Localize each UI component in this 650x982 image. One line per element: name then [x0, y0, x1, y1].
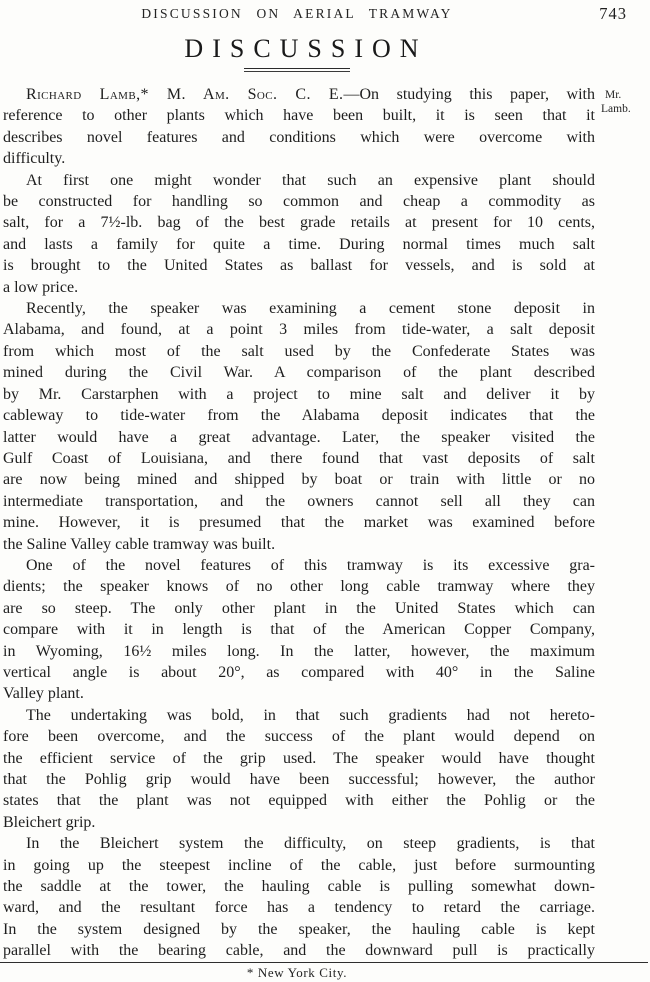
text-line: One of the novel features of this tramwa…	[3, 555, 595, 576]
text-line: describes novel features and conditions …	[3, 127, 595, 148]
paragraph: At first one might wonder that such an e…	[3, 170, 595, 298]
running-header: DISCUSSION ON AERIAL TRAMWAY	[0, 6, 594, 22]
text-line: fore been overcome, and the success of t…	[3, 726, 595, 747]
page-number: 743	[599, 4, 627, 24]
text-line: In the system designed by the speaker, t…	[3, 919, 595, 940]
text-line: reference to other plants which have bee…	[3, 105, 595, 126]
text-line: difficulty.	[3, 148, 595, 169]
text-line: salt, for a 7½-lb. bag of the best grade…	[3, 212, 595, 233]
text-line: and lasts a family for quite a time. Dur…	[3, 234, 595, 255]
text-line: dients; the speaker knows of no other lo…	[3, 576, 595, 597]
paragraph: One of the novel features of this tramwa…	[3, 555, 595, 705]
margin-note-line: Mr.	[601, 89, 649, 103]
text-line: At first one might wonder that such an e…	[3, 170, 595, 191]
text-line: vertical angle is about 20°, as compared…	[3, 662, 595, 683]
text-line: states that the plant was not equipped w…	[3, 790, 595, 811]
text-line: Gulf Coast of Louisiana, and there found…	[3, 448, 595, 469]
text-line: the Saline Valley cable tramway was buil…	[3, 534, 595, 555]
text-line: The undertaking was bold, in that such g…	[3, 705, 595, 726]
text-line: Recently, the speaker was examining a ce…	[3, 298, 595, 319]
text-line: in going up the steepest incline of the …	[3, 855, 595, 876]
text-line: that the Pohlig grip would have been suc…	[3, 769, 595, 790]
margin-note-line: Lamb.	[601, 103, 649, 117]
section-heading: DISCUSSION	[0, 34, 603, 64]
text-line: are now being mined and shipped by boat …	[3, 469, 595, 490]
text-line: Bleichert grip.	[3, 812, 595, 833]
text-line: parallel with the bearing cable, and the…	[3, 940, 595, 961]
book-page: DISCUSSION ON AERIAL TRAMWAY 743 DISCUSS…	[0, 0, 650, 982]
footnote: * New York City.	[0, 965, 594, 981]
text-line: are so steep. The only other plant in th…	[3, 598, 595, 619]
text-line: ward, and the resultant force has a tend…	[3, 897, 595, 918]
text-line: be constructed for handling so common an…	[3, 191, 595, 212]
paragraph: Recently, the speaker was examining a ce…	[3, 298, 595, 555]
footnote-rule	[0, 962, 648, 963]
text-line: the saddle at the tower, the hauling cab…	[3, 876, 595, 897]
text-line: mined during the Civil War. A comparison…	[3, 362, 595, 383]
text-line: Richard Lamb,* M. Am. Soc. C. E.—On stud…	[3, 84, 595, 105]
text-line: Valley plant.	[3, 683, 595, 704]
text-line: in Wyoming, 16½ miles long. In the latte…	[3, 641, 595, 662]
body-text: Richard Lamb,* M. Am. Soc. C. E.—On stud…	[3, 84, 595, 962]
text-line: the efficient service of the grip used. …	[3, 748, 595, 769]
heading-rule	[244, 68, 350, 72]
text-line: latter would have a great advantage. Lat…	[3, 427, 595, 448]
text-line: intermediate transportation, and the own…	[3, 491, 595, 512]
text-line: by Mr. Carstarphen with a project to min…	[3, 384, 595, 405]
text-line: a low price.	[3, 277, 595, 298]
text-line: compare with it in length is that of the…	[3, 619, 595, 640]
text-line: mine. However, it is presumed that the m…	[3, 512, 595, 533]
paragraph: The undertaking was bold, in that such g…	[3, 705, 595, 833]
text-line: In the Bleichert system the difficulty, …	[3, 833, 595, 854]
paragraph: Richard Lamb,* M. Am. Soc. C. E.—On stud…	[3, 84, 595, 170]
text-line: Alabama, and found, at a point 3 miles f…	[3, 319, 595, 340]
paragraph: In the Bleichert system the difficulty, …	[3, 833, 595, 961]
text-line: cableway to tide-water from the Alabama …	[3, 405, 595, 426]
margin-note: Mr. Lamb.	[601, 89, 649, 116]
author-name: Richard Lamb,* M. Am. Soc. C. E.	[26, 86, 343, 103]
text-line: is brought to the United States as balla…	[3, 255, 595, 276]
text-line: from which most of the salt used by the …	[3, 341, 595, 362]
